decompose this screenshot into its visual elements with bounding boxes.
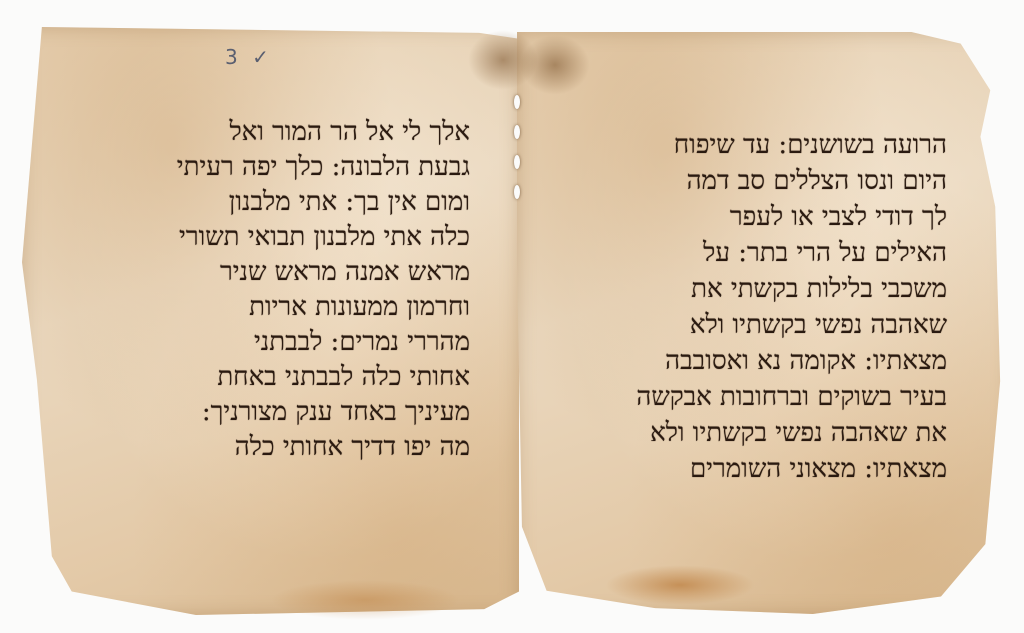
stain-bottom-right-leaf xyxy=(605,565,755,605)
binding-holes xyxy=(511,95,523,215)
binding-hole xyxy=(514,125,520,139)
text-line: אלך לי אל הר המור ואל xyxy=(120,115,470,150)
text-line: שאהבה נפשי בקשתיו ולא xyxy=(575,307,947,343)
left-text-column: אלך לי אל הר המור ואל גבעת הלבונה: כלך י… xyxy=(120,115,470,465)
text-line: מצאתיו: מצאוני השומרים xyxy=(575,451,947,487)
binding-hole xyxy=(514,155,520,169)
text-line: מצאתיו: אקומה נא ואסובבה xyxy=(575,343,947,379)
text-line: הרועה בשושנים: עד שיפוח xyxy=(575,127,947,163)
text-line: בעיר בשוקים וברחובות אבקשה xyxy=(575,379,947,415)
right-text-column: הרועה בשושנים: עד שיפוח היום ונסו הצללים… xyxy=(575,127,947,487)
text-line: גבעת הלבונה: כלך יפה רעיתי xyxy=(120,150,470,185)
stain-top-right-leaf xyxy=(520,35,590,95)
stain-bottom-left-leaf xyxy=(270,580,460,620)
manuscript-photo: 3 ✓ אלך לי אל הר המור ואל גבעת הלבונה: כ… xyxy=(0,0,1024,633)
text-line: וחרמון ממעונות אריות xyxy=(120,290,470,325)
text-line: מה יפו דדיך אחותי כלה xyxy=(120,430,470,465)
text-line: היום ונסו הצללים סב דמה xyxy=(575,163,947,199)
text-line: האילים על הרי בתר: על xyxy=(575,235,947,271)
text-line: מעיניך באחד ענק מצורניך: xyxy=(120,395,470,430)
text-line: ומום אין בך: אתי מלבנון xyxy=(120,185,470,220)
folio-number: 3 ✓ xyxy=(225,45,273,69)
text-line: משכבי בלילות בקשתי את xyxy=(575,271,947,307)
text-line: לך דודי לצבי או לעפר xyxy=(575,199,947,235)
text-line: כלה אתי מלבנון תבואי תשורי xyxy=(120,220,470,255)
text-line: מראש אמנה מראש שניר xyxy=(120,255,470,290)
binding-hole xyxy=(514,185,520,199)
text-line: מהררי נמרים: לבבתני xyxy=(120,325,470,360)
text-line: אחותי כלה לבבתני באחת xyxy=(120,360,470,395)
binding-hole xyxy=(514,95,520,109)
text-line: את שאהבה נפשי בקשתיו ולא xyxy=(575,415,947,451)
